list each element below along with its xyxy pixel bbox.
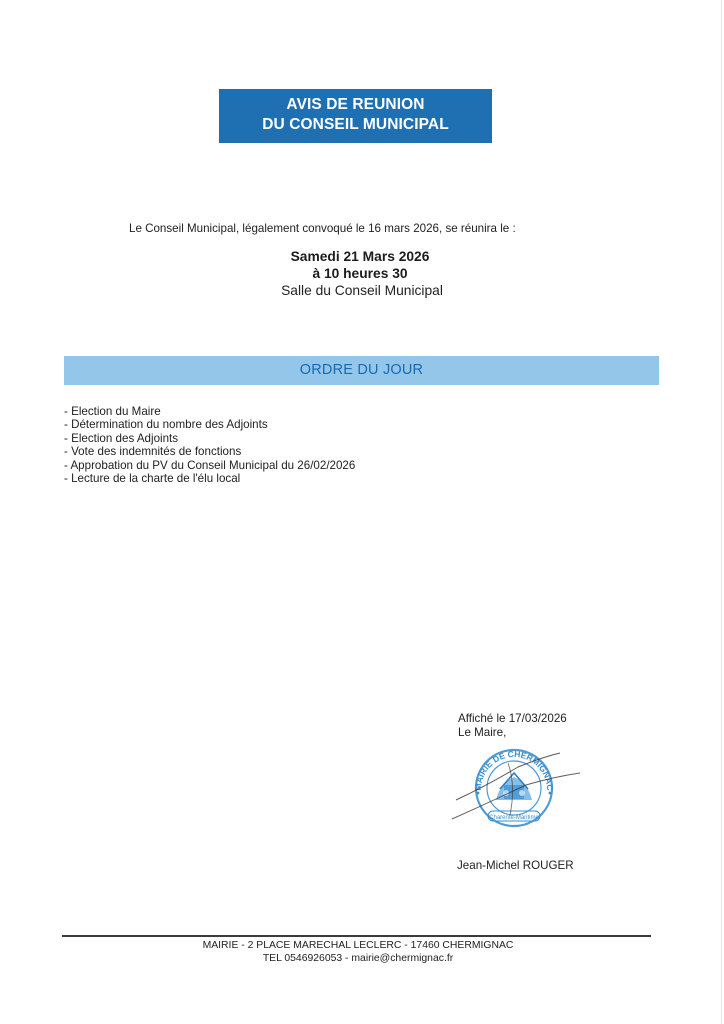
notice-title-line-2: DU CONSEIL MUNICIPAL bbox=[219, 115, 492, 135]
agenda-list: - Election du Maire - Détermination du n… bbox=[64, 405, 355, 485]
agenda-item: - Détermination du nombre des Adjoints bbox=[64, 418, 355, 431]
posted-date: Affiché le 17/03/2026 bbox=[458, 712, 567, 726]
agenda-item: - Approbation du PV du Conseil Municipal… bbox=[64, 459, 355, 472]
meeting-place: Salle du Conseil Municipal bbox=[0, 283, 724, 298]
signature-block: Affiché le 17/03/2026 Le Maire, bbox=[458, 712, 567, 739]
agenda-item: - Lecture de la charte de l'élu local bbox=[64, 472, 355, 485]
agenda-item: - Election des Adjoints bbox=[64, 432, 355, 445]
notice-title-box: AVIS DE REUNION DU CONSEIL MUNICIPAL bbox=[219, 89, 492, 143]
meeting-date: Samedi 21 Mars 2026 bbox=[0, 249, 722, 264]
agenda-item: - Vote des indemnités de fonctions bbox=[64, 445, 355, 458]
agenda-heading: ORDRE DU JOUR bbox=[64, 356, 659, 385]
meeting-time: à 10 heures 30 bbox=[0, 266, 722, 281]
notice-title-line-1: AVIS DE REUNION bbox=[219, 95, 492, 115]
page-edge bbox=[721, 0, 722, 1024]
footer-contact: TEL 0546926053 - mairie@chermignac.fr bbox=[0, 953, 720, 964]
town-hall-stamp-icon: MAIRIE DE CHERMIGNAC Charente-Maritime bbox=[448, 745, 583, 830]
signer-role: Le Maire, bbox=[458, 726, 567, 740]
convocation-intro: Le Conseil Municipal, légalement convoqu… bbox=[129, 222, 516, 235]
signer-name: Jean-Michel ROUGER bbox=[457, 859, 574, 872]
footer-divider bbox=[62, 935, 651, 937]
agenda-item: - Election du Maire bbox=[64, 405, 355, 418]
svg-text:Charente-Maritime: Charente-Maritime bbox=[489, 815, 539, 821]
footer-address: MAIRIE - 2 PLACE MARECHAL LECLERC - 1746… bbox=[0, 940, 720, 951]
